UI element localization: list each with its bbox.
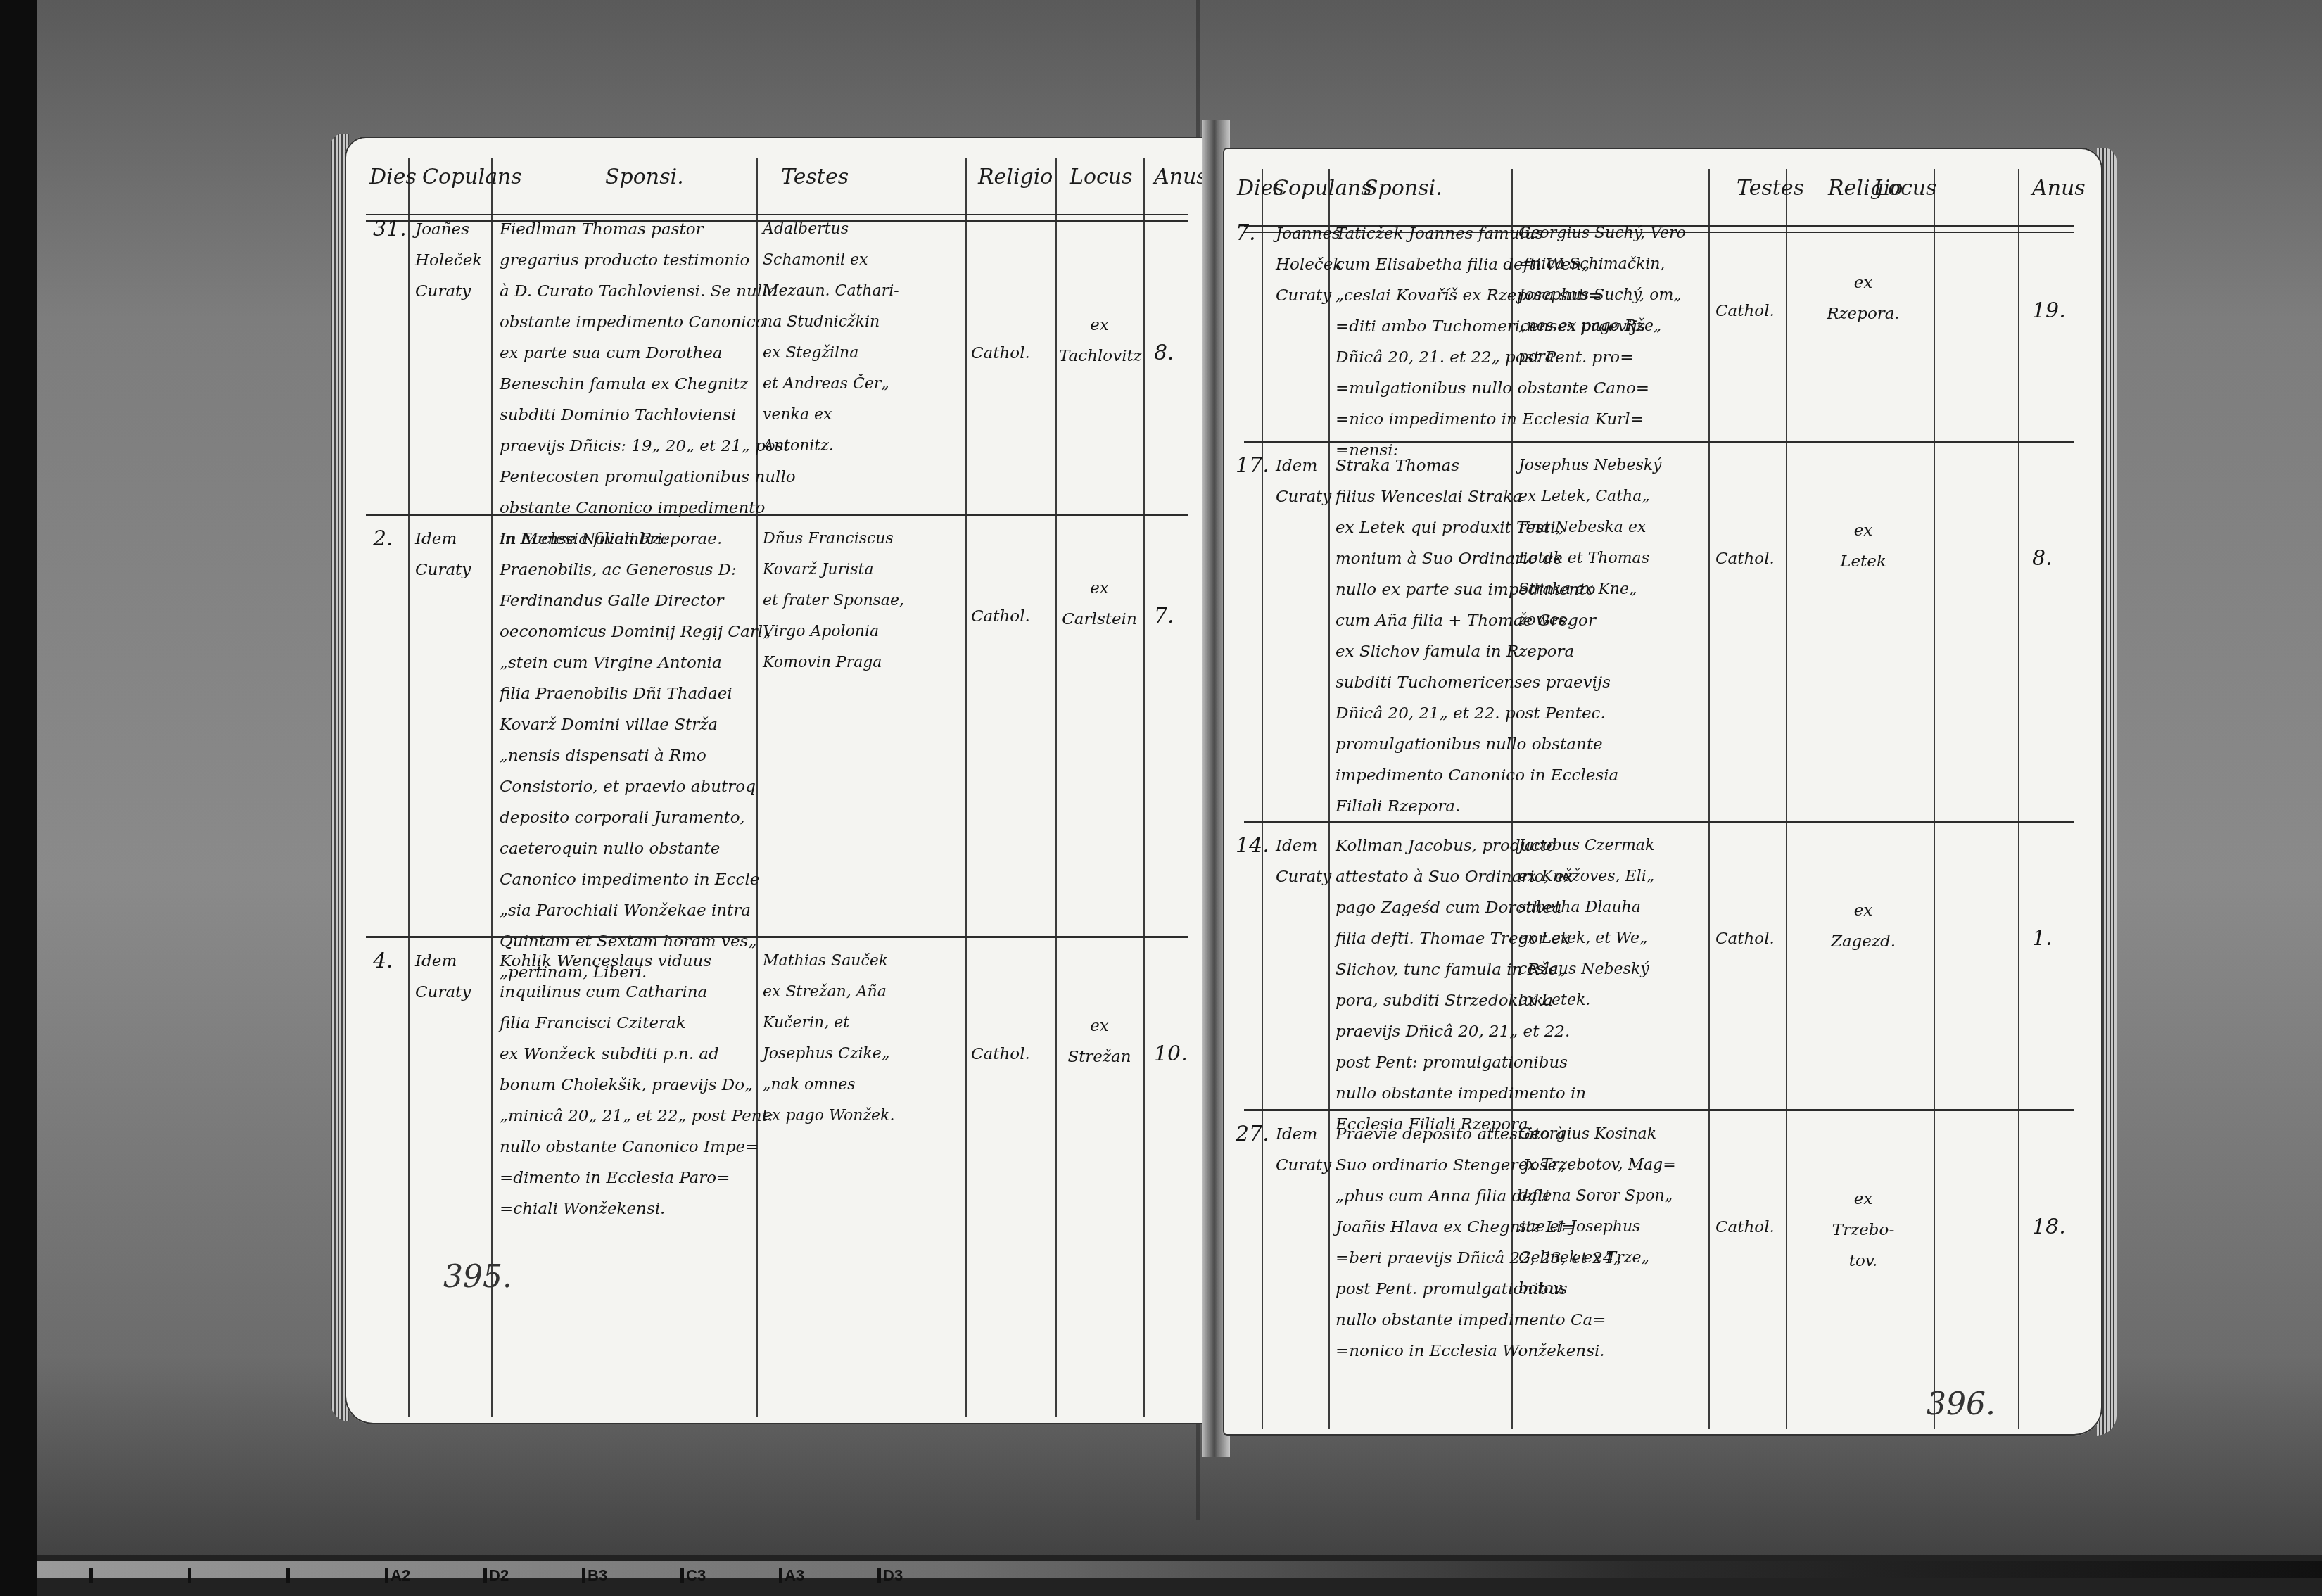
text-line: praevijs Dñicâ 20, 21„ et 22. <box>1336 1016 1586 1047</box>
text-line: Curaty <box>1276 861 1331 892</box>
entry-officiant: IdemCuraty <box>415 946 471 1008</box>
text-line: Zagezd. <box>1800 926 1927 957</box>
text-line: Beneschin famula ex Chegnitz <box>500 369 796 400</box>
text-line: obstante Canonico impedimento <box>500 493 796 524</box>
text-line: post Pent: promulgationibus <box>1336 1047 1586 1078</box>
film-frame-marker <box>286 1568 292 1583</box>
text-line: Curaty <box>415 555 471 585</box>
column-rule <box>491 158 493 1417</box>
text-line: „nes ex pago Rže„ <box>1518 311 1686 342</box>
column-header-anus: Anus <box>2032 176 2086 201</box>
entry-spouses: Kohlik Wenceslaus viduusinquilinus cum C… <box>500 946 774 1224</box>
text-line: Rzepora. <box>1800 298 1927 329</box>
text-line: =nonico in Ecclesia Wonžekensi. <box>1336 1336 1622 1367</box>
right-ledger-table: DiesCopulansSponsi.TestesReligioLocusAnu… <box>1223 148 2102 1436</box>
column-rule <box>2018 169 2019 1429</box>
text-line: ex Stegžilna <box>763 338 899 369</box>
entry-religion: Cathol. <box>1715 543 1775 574</box>
entry-age: 10. <box>1154 1039 1188 1070</box>
film-frame-marker: B3 <box>582 1568 607 1583</box>
column-header-testes: Testes <box>781 165 849 189</box>
text-line: Pentecosten promulgationibus nullo <box>500 462 796 493</box>
entry-rule <box>1244 1109 2074 1111</box>
entry-place: exCarlstein <box>1059 573 1140 635</box>
text-line: bonum Cholekšik, praevijs Do„ <box>500 1070 774 1101</box>
text-line: ex Letek. <box>1518 985 1654 1016</box>
left-page: DiesCopulansSponsi.TestesReligioLocusAnu… <box>345 137 1216 1424</box>
entry-officiant: IdemCuraty <box>1276 830 1331 892</box>
film-strip: A2D2B3C3A3D3 <box>37 1555 2322 1596</box>
entry-day: 2. <box>373 524 393 555</box>
entry-place: exZagezd. <box>1800 895 1927 957</box>
text-line: promulgationibus nullo obstante <box>1336 729 1618 760</box>
entry-rule <box>366 514 1188 516</box>
text-line: subditi Tuchomericenses praevijs <box>1336 667 1618 698</box>
text-line: Schamonil ex <box>763 245 899 276</box>
entry-day: 4. <box>373 946 393 977</box>
entry-place: exRzepora. <box>1800 267 1927 329</box>
text-line: Curaty <box>1276 1150 1331 1181</box>
column-header-sponsi: Sponsi. <box>605 165 684 189</box>
text-line: Trzebo- <box>1800 1215 1927 1246</box>
text-line: ex <box>1800 267 1927 298</box>
text-line: sabetha Dlauha <box>1518 892 1654 923</box>
text-line: Dñus Franciscus <box>763 524 904 555</box>
text-line: obstante impedimento Canonico <box>500 307 796 338</box>
text-line: Mezaun. Cathari- <box>763 276 899 307</box>
text-line: Josephus Czike„ <box>763 1039 894 1070</box>
film-frame-marker: A3 <box>779 1568 804 1583</box>
text-line: et frater Sponsae, <box>763 585 904 616</box>
text-line: sae et Josephus <box>1518 1212 1676 1243</box>
text-line: „nak omnes <box>763 1070 894 1101</box>
text-line: „sia Parochiali Wonžekae intra <box>500 895 771 926</box>
entry-religion: Cathol. <box>971 338 1030 369</box>
film-frame-marker: D3 <box>877 1568 903 1583</box>
text-line: Curaty <box>1276 280 1343 311</box>
column-header-locus: Locus <box>1070 165 1133 189</box>
text-line: žowes. <box>1518 605 1662 636</box>
entry-age: 1. <box>2032 923 2053 954</box>
column-rule <box>1328 169 1330 1429</box>
text-line: et Andreas Čer„ <box>763 369 899 400</box>
column-rule <box>408 158 410 1417</box>
text-line: pora. <box>1518 342 1686 373</box>
text-line: Curaty <box>1276 481 1331 512</box>
text-line: In Mense Novembri: <box>500 524 771 555</box>
entry-religion: Cathol. <box>971 601 1030 632</box>
text-line: ex Slichov famula in Rzepora <box>1336 636 1618 667</box>
entry-religion: Cathol. <box>971 1039 1030 1070</box>
text-line: gregarius producto testimonio <box>500 245 796 276</box>
text-line: Virgo Apolonia <box>763 616 904 647</box>
text-line: Holeček <box>1276 249 1343 280</box>
text-line: Gelinek ex Trze„ <box>1518 1243 1676 1274</box>
column-header-locus: Locus <box>1874 176 1937 201</box>
entry-spouses: Fiedlman Thomas pastorgregarius producto… <box>500 214 796 555</box>
entry-witnesses: Dñus FranciscusKovarž Juristaet frater S… <box>763 524 904 678</box>
text-line: Joañes <box>415 214 482 245</box>
text-line: „stein cum Virgine Antonia <box>500 647 771 678</box>
right-page-number: 396. <box>1927 1386 1996 1422</box>
text-line: Filiali Rzepora. <box>1336 791 1618 822</box>
text-line: dalena Soror Spon„ <box>1518 1181 1676 1212</box>
text-line: nullo obstante impedimento Ca= <box>1336 1305 1622 1336</box>
text-line: „nensis dispensati à Rmo <box>500 740 771 771</box>
text-line: Fiedlman Thomas pastor <box>500 214 796 245</box>
text-line: inquilinus cum Catharina <box>500 977 774 1008</box>
column-rule <box>1708 169 1710 1429</box>
column-rule <box>1786 169 1787 1429</box>
text-line: Joannes <box>1276 218 1343 249</box>
left-page-number: 395. <box>443 1259 512 1295</box>
text-line: Curaty <box>415 977 471 1008</box>
text-line: Josephus Nebeský <box>1518 450 1662 481</box>
entry-officiant: JoannesHolečekCuraty <box>1276 218 1343 311</box>
column-header-testes: Testes <box>1737 176 1804 201</box>
text-line: ceslaus Nebeský <box>1518 954 1654 985</box>
entry-religion: Cathol. <box>1715 923 1775 954</box>
text-line: =mulgationibus nullo obstante Cano= <box>1336 373 1649 404</box>
text-line: =nico impedimento in Ecclesia Kurl= <box>1336 404 1649 435</box>
entry-witnesses: Mathias Saučekex Strežan, AñaKučerin, et… <box>763 946 894 1132</box>
text-line: impedimento Canonico in Ecclesia <box>1336 760 1618 791</box>
text-line: oeconomicus Dominij Regij Carl„ <box>500 616 771 647</box>
film-frame-marker: A2 <box>385 1568 410 1583</box>
text-line: ex Wonžeck subditi p.n. ad <box>500 1039 774 1070</box>
text-line: Adalbertus <box>763 214 899 245</box>
text-line: ex <box>1800 515 1927 546</box>
text-line: ex Strežan, Aña <box>763 977 894 1008</box>
entry-officiant: IdemCuraty <box>415 524 471 585</box>
entry-age: 19. <box>2032 296 2066 327</box>
entry-place: exLetek <box>1800 515 1927 577</box>
text-line: filia Francisci Cziterak <box>500 1008 774 1039</box>
entry-day: 14. <box>1236 830 1269 861</box>
text-line: ex <box>1059 310 1140 341</box>
column-rule <box>1143 158 1145 1417</box>
entry-officiant: JoañesHolečekCuraty <box>415 214 482 307</box>
film-frame-marker <box>89 1568 95 1583</box>
text-line: Kovarž Domini villae Strža <box>500 709 771 740</box>
entry-day: 27. <box>1236 1119 1269 1150</box>
entry-officiant: IdemCuraty <box>1276 450 1331 512</box>
entry-witnesses: Josephus Nebeskýex Letek, Catha„rina Neb… <box>1518 450 1662 636</box>
text-line: nullo obstante Canonico Impe= <box>500 1132 774 1163</box>
column-header-sponsi: Sponsi. <box>1364 176 1442 201</box>
text-line: ex <box>1059 573 1140 604</box>
column-header-dies: Dies <box>369 165 417 189</box>
text-line: Holeček <box>415 245 482 276</box>
entry-officiant: IdemCuraty <box>1276 1119 1331 1181</box>
text-line: Curaty <box>415 276 482 307</box>
entry-rule <box>1244 441 2074 443</box>
text-line: botov. <box>1518 1274 1676 1305</box>
text-line: ex parte sua cum Dorothea <box>500 338 796 369</box>
text-line: Georgius Suchý, Vero <box>1518 218 1686 249</box>
text-line: Idem <box>415 946 471 977</box>
text-line: ex Letek, et We„ <box>1518 923 1654 954</box>
column-rule <box>965 158 967 1417</box>
entry-place: exTachlovitz <box>1059 310 1140 372</box>
text-line: Idem <box>1276 450 1331 481</box>
text-line: Antonitz. <box>763 431 899 462</box>
entry-day: 31. <box>373 214 407 245</box>
text-line: na Studnicžkin <box>763 307 899 338</box>
text-line: Consistorio, et praevio abutroq <box>500 771 771 802</box>
text-line: ex <box>1800 895 1927 926</box>
entry-witnesses: Jacobus Czermakex Kněžoves, Eli„sabetha … <box>1518 830 1654 1016</box>
entry-place: exTrzebo-tov. <box>1800 1184 1927 1277</box>
text-line: Kovarž Jurista <box>763 555 904 585</box>
right-page: DiesCopulansSponsi.TestesReligioLocusAnu… <box>1223 148 2102 1436</box>
text-line: ex Trzebotov, Mag= <box>1518 1150 1676 1181</box>
text-line: Straka ex Kne„ <box>1518 574 1662 605</box>
entry-witnesses: Georgius Suchý, Vero=nica Schimačkin,Jos… <box>1518 218 1686 373</box>
text-line: Kohlik Wenceslaus viduus <box>500 946 774 977</box>
text-line: ex pago Wonžek. <box>763 1101 894 1132</box>
text-line: Tachlovitz <box>1059 341 1140 372</box>
text-line: praevijs Dñicis: 19„ 20„ et 21„ post <box>500 431 796 462</box>
left-ledger-table: DiesCopulansSponsi.TestesReligioLocusAnu… <box>345 137 1216 1424</box>
text-line: Letek <box>1800 546 1927 577</box>
entry-age: 8. <box>2032 543 2053 574</box>
column-rule <box>1055 158 1057 1417</box>
text-line: =nica Schimačkin, <box>1518 249 1686 280</box>
entry-age: 7. <box>1154 601 1174 632</box>
text-line: ex <box>1059 1011 1140 1041</box>
entry-day: 7. <box>1236 218 1256 249</box>
entry-rule <box>1244 821 2074 823</box>
text-line: ex Letek, Catha„ <box>1518 481 1662 512</box>
text-line: =dimento in Ecclesia Paro= <box>500 1163 774 1193</box>
entry-place: exStrežan <box>1059 1011 1140 1072</box>
text-line: Jacobus Czermak <box>1518 830 1654 861</box>
text-line: venka ex <box>763 400 899 431</box>
entry-spouses: In Mense Novembri:Praenobilis, ac Genero… <box>500 524 771 988</box>
entry-day: 17. <box>1236 450 1269 481</box>
entry-rule <box>366 936 1188 938</box>
text-line: caeteroquin nullo obstante <box>500 833 771 864</box>
entry-religion: Cathol. <box>1715 296 1775 327</box>
text-line: à D. Curato Tachloviensi. Se nullo <box>500 276 796 307</box>
register-book: DiesCopulansSponsi.TestesReligioLocusAnu… <box>331 120 2118 1471</box>
film-frame-marker <box>188 1568 193 1583</box>
text-line: Idem <box>1276 830 1331 861</box>
column-header-copulans: Copulans <box>1272 176 1372 201</box>
entry-witnesses: Georgius Kosinakex Trzebotov, Mag=dalena… <box>1518 1119 1676 1305</box>
column-header-religio: Religio <box>978 165 1053 189</box>
text-line: subditi Dominio Tachloviensi <box>500 400 796 431</box>
entry-witnesses: AdalbertusSchamonil exMezaun. Cathari-na… <box>763 214 899 462</box>
text-line: Georgius Kosinak <box>1518 1119 1676 1150</box>
text-line: Strežan <box>1059 1041 1140 1072</box>
text-line: ex <box>1800 1184 1927 1215</box>
text-line: Canonico impedimento in Eccle <box>500 864 771 895</box>
film-frame-marker: D2 <box>483 1568 509 1583</box>
text-line: filia Praenobilis Dñi Thadaei <box>500 678 771 709</box>
text-line: Letek et Thomas <box>1518 543 1662 574</box>
text-line: =chiali Wonžekensi. <box>500 1193 774 1224</box>
text-line: Praenobilis, ac Generosus D: <box>500 555 771 585</box>
column-header-copulans: Copulans <box>422 165 522 189</box>
text-line: Mathias Sauček <box>763 946 894 977</box>
text-line: „minicâ 20„ 21„ et 22„ post Pent: <box>500 1101 774 1132</box>
text-line: Idem <box>1276 1119 1331 1150</box>
entry-age: 18. <box>2032 1212 2066 1243</box>
text-line: Carlstein <box>1059 604 1140 635</box>
text-line: Ferdinandus Galle Director <box>500 585 771 616</box>
column-rule <box>1934 169 1935 1429</box>
film-strip-band: A2D2B3C3A3D3 <box>37 1561 2322 1578</box>
text-line: nullo obstante impedimento in <box>1336 1078 1586 1109</box>
column-rule <box>1262 169 1263 1429</box>
text-line: Dñicâ 20, 21„ et 22. post Pentec. <box>1336 698 1618 729</box>
text-line: rina Nebeska ex <box>1518 512 1662 543</box>
text-line: Komovin Praga <box>763 647 904 678</box>
text-line: Josephus Suchý, om„ <box>1518 280 1686 311</box>
text-line: Idem <box>415 524 471 555</box>
text-line: ex Kněžoves, Eli„ <box>1518 861 1654 892</box>
text-line: tov. <box>1800 1246 1927 1277</box>
entry-religion: Cathol. <box>1715 1212 1775 1243</box>
film-edge <box>0 0 37 1596</box>
text-line: deposito corporali Juramento, <box>500 802 771 833</box>
film-frame-marker: C3 <box>680 1568 706 1583</box>
column-header-anus: Anus <box>1154 165 1207 189</box>
text-line: Kučerin, et <box>763 1008 894 1039</box>
entry-age: 8. <box>1154 338 1174 369</box>
